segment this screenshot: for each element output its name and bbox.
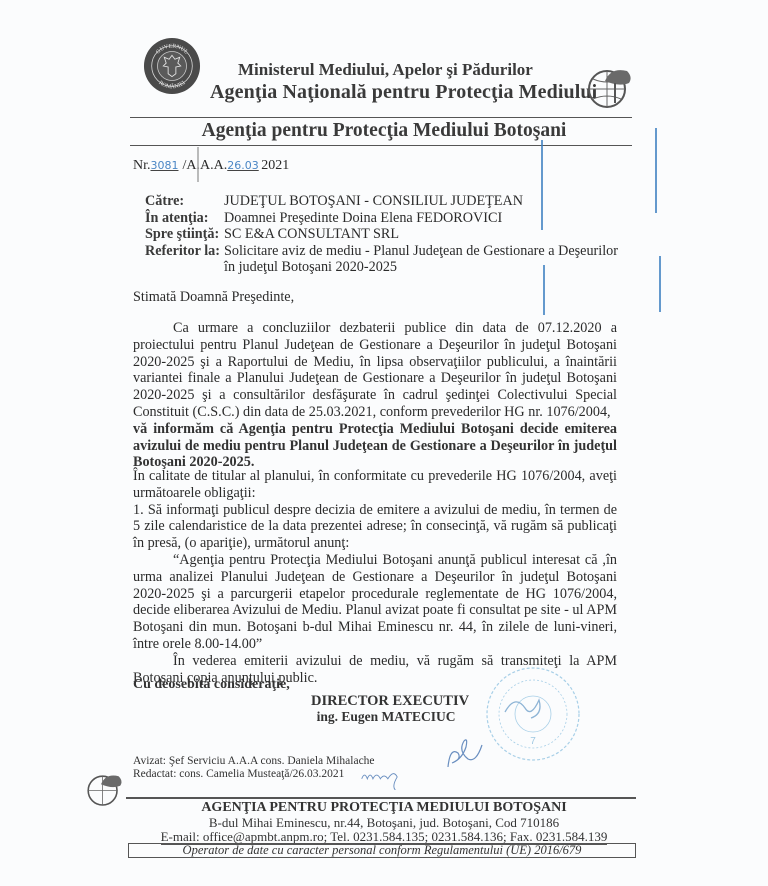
scan-line xyxy=(659,256,661,312)
header-rule-top xyxy=(130,117,632,118)
signature-icon xyxy=(440,725,500,775)
svg-text:7: 7 xyxy=(530,736,536,747)
addressee-row-subject: Referitor la: Solicitare aviz de mediu -… xyxy=(145,243,624,276)
signer-title: DIRECTOR EXECUTIV xyxy=(311,693,469,709)
addressee-block: Către: JUDEŢUL BOTOŞANI - CONSILIUL JUDE… xyxy=(145,193,624,276)
registration-number: 3081 xyxy=(151,159,183,172)
reference-line: Nr.3081/A.A.A.26.032021 xyxy=(133,158,289,174)
department-code: /A.A.A. xyxy=(183,158,228,173)
closing-salutation: Cu deosebită consideraţie, xyxy=(133,677,290,693)
government-seal-icon: GUVERNUL ROMÂNIEI xyxy=(143,37,201,95)
nr-label: Nr. xyxy=(133,158,151,173)
addressee-row-cc: Spre ştiinţă: SC E&A CONSULTANT SRL xyxy=(145,226,624,243)
addressee-row-attention: În atenţia: Doamnei Preşedinte Doina Ele… xyxy=(145,210,624,227)
registration-year: 2021 xyxy=(261,158,289,173)
approved-by: Avizat: Şef Serviciu A.A.A cons. Daniela… xyxy=(133,755,375,767)
addressee-value: Solicitare aviz de mediu - Planul Judeţe… xyxy=(224,243,624,276)
registration-date: 26.03 xyxy=(227,159,261,172)
ministry-name: Ministerul Mediului, Apelor şi Pădurilor xyxy=(238,60,533,80)
footer-agency-name: AGENŢIA PENTRU PROTECŢIA MEDIULUI BOTOŞA… xyxy=(0,800,768,816)
addressee-value: JUDEŢUL BOTOŞANI - CONSILIUL JUDEŢEAN xyxy=(224,193,624,210)
signer-name: ing. Eugen MATECIUC xyxy=(303,709,469,725)
paragraph-context-text: Ca urmare a concluziilor dezbaterii publ… xyxy=(133,320,617,421)
scan-line xyxy=(543,265,545,315)
footer-rule xyxy=(126,797,636,799)
header-rule-bottom xyxy=(130,145,632,146)
gdpr-notice: Operator de date cu caracter personal co… xyxy=(128,843,636,858)
page-title: Agenţia pentru Protecţia Mediului Botoşa… xyxy=(0,120,768,142)
anpm-logo-icon xyxy=(585,63,635,111)
national-agency-name: Agenţia Naţională pentru Protecţia Mediu… xyxy=(210,81,597,104)
addressee-value: SC E&A CONSULTANT SRL xyxy=(224,226,624,243)
scan-line xyxy=(541,140,543,230)
public-announcement-text: “Agenţia pentru Protecţia Mediului Botoş… xyxy=(133,552,617,653)
drafted-by: Redactat: cons. Camelia Musteaţă/26.03.2… xyxy=(133,768,344,780)
addressee-label: În atenţia: xyxy=(145,210,224,227)
scan-line xyxy=(197,147,199,182)
addressee-label: Spre ştiinţă: xyxy=(145,226,224,243)
addressee-label: Către: xyxy=(145,193,224,210)
decision-statement: vă informăm că Agenţia pentru Protecţia … xyxy=(133,421,617,471)
scan-line xyxy=(655,128,657,213)
addressee-label: Referitor la: xyxy=(145,243,224,276)
obligations-intro: În calitate de titular al planului, în c… xyxy=(133,468,617,502)
addressee-value: Doamnei Preşedinte Doina Elena FEDOROVIC… xyxy=(224,210,624,227)
paragraph-context: Ca urmare a concluziilor dezbaterii publ… xyxy=(133,320,617,471)
obligation-item-1: 1. Să informaţi publicul despre decizia … xyxy=(133,502,617,552)
initials-signature-icon xyxy=(356,762,416,790)
addressee-row-to: Către: JUDEŢUL BOTOŞANI - CONSILIUL JUDE… xyxy=(145,193,624,210)
signer-block: DIRECTOR EXECUTIV ing. Eugen MATECIUC xyxy=(311,693,469,725)
paragraph-obligations: În calitate de titular al planului, în c… xyxy=(133,468,617,686)
